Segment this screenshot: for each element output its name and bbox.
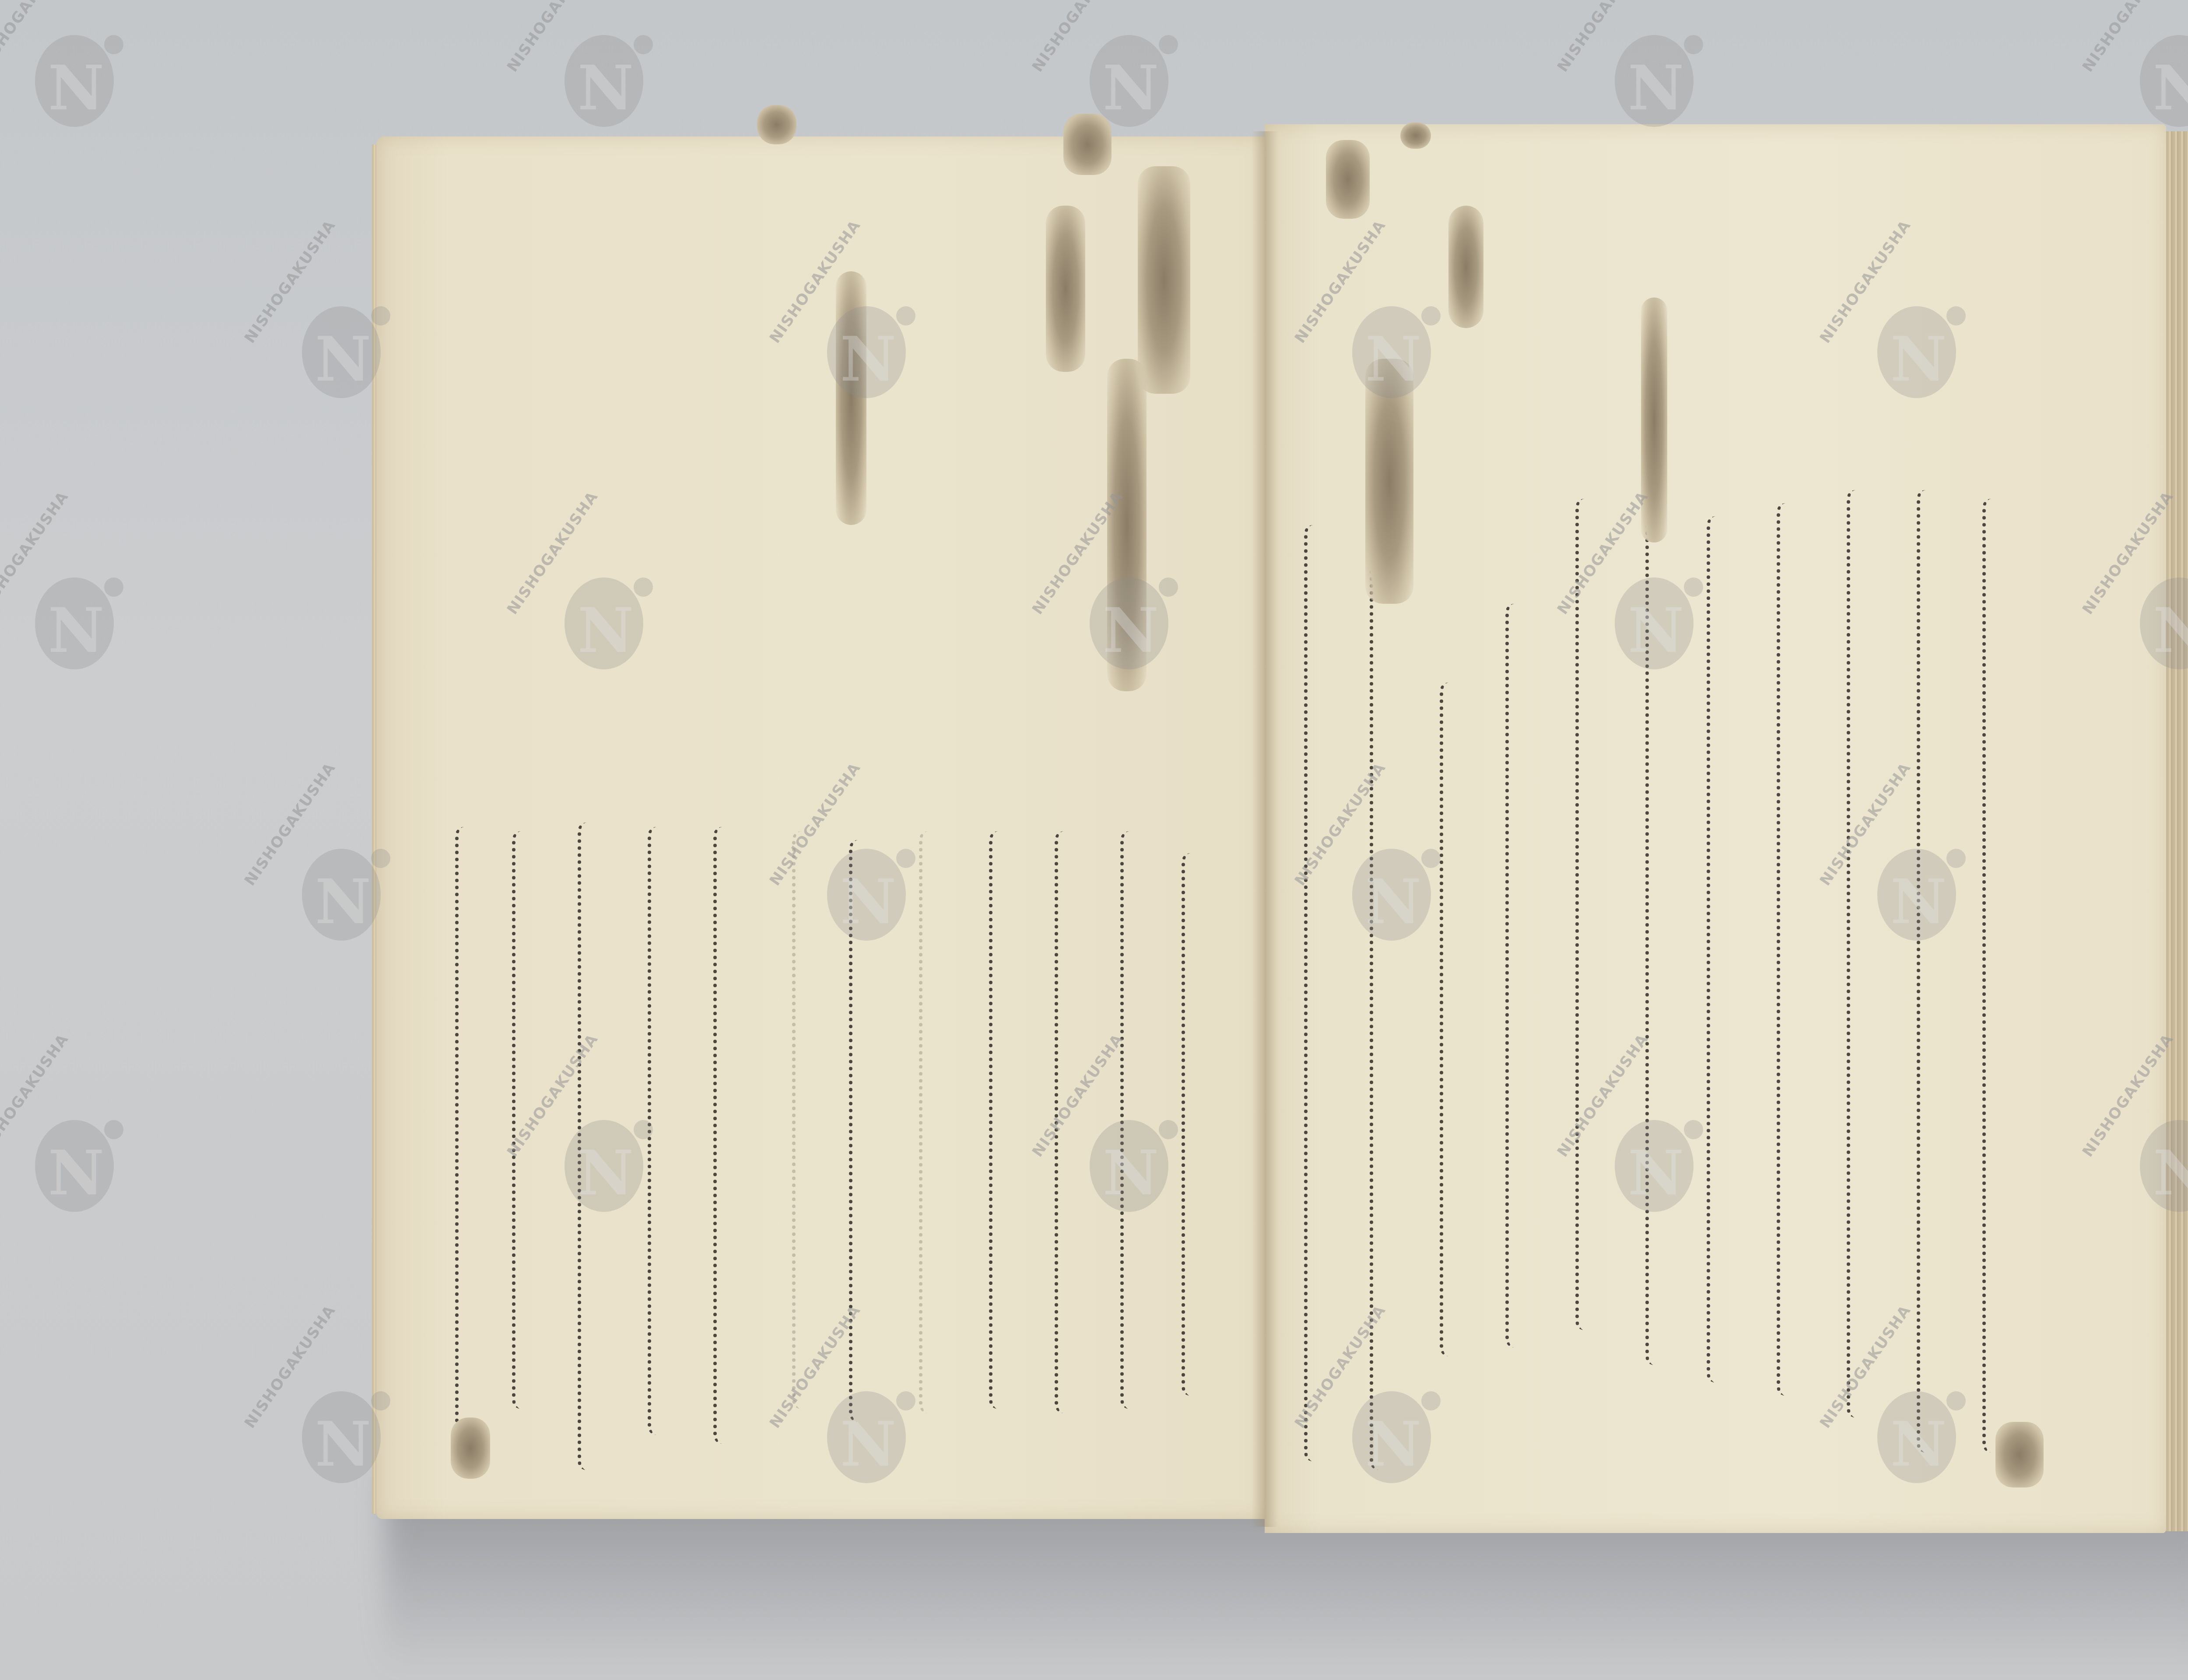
watermark-logo: N NISHOGAKUSHA (2122, 560, 2188, 674)
watermark-logo: N NISHOGAKUSHA (1597, 17, 1702, 131)
watermark-dot-icon (104, 1120, 123, 1139)
watermark-logo: N NISHOGAKUSHA (1072, 1102, 1177, 1216)
watermark-n-glyph: N (578, 52, 634, 124)
handwritten-text-column (1707, 516, 1736, 1382)
watermark-dot-icon (634, 35, 653, 54)
watermark-n-glyph: N (48, 52, 104, 124)
watermark-n-glyph: N (840, 324, 896, 395)
watermark-n-glyph: N (840, 1409, 896, 1480)
watermark-logo: N NISHOGAKUSHA (1335, 831, 1440, 945)
watermark-dot-icon (896, 1391, 915, 1410)
wormhole (1400, 122, 1431, 149)
watermark-logo: N NISHOGAKUSHA (1335, 289, 1440, 402)
watermark-n-glyph: N (1628, 52, 1684, 124)
watermark-dot-icon (371, 849, 390, 868)
watermark-logo: N NISHOGAKUSHA (1072, 560, 1177, 674)
handwritten-text-column (1777, 503, 1806, 1396)
watermark-n-glyph: N (2153, 1137, 2188, 1209)
right-page-stack-edge (2166, 131, 2188, 1531)
handwritten-text-column (455, 827, 485, 1431)
handwritten-text-column (989, 831, 1019, 1409)
watermark-n-glyph: N (578, 595, 634, 667)
watermark-n-glyph: N (1365, 1409, 1421, 1480)
watermark-dot-icon (104, 577, 123, 597)
watermark-dot-icon (1421, 1391, 1441, 1410)
watermark-logo: N NISHOGAKUSHA (547, 560, 652, 674)
watermark-dot-icon (1946, 849, 1966, 868)
handwritten-text-column (1847, 490, 1876, 1417)
watermark-n-glyph: N (315, 1409, 371, 1480)
handwritten-text-column (1917, 490, 1946, 1452)
watermark-n-glyph: N (315, 324, 371, 395)
handwritten-text-column (919, 831, 949, 1413)
watermark-n-glyph: N (1890, 324, 1946, 395)
watermark-n-glyph: N (1365, 324, 1421, 395)
watermark-n-glyph: N (578, 1137, 634, 1209)
watermark-dot-icon (1159, 1120, 1178, 1139)
watermark-logo: N NISHOGAKUSHA (1072, 17, 1177, 131)
watermark-logo: N NISHOGAKUSHA (18, 1102, 123, 1216)
wormhole (1326, 140, 1370, 219)
watermark-dot-icon (896, 849, 915, 868)
handwritten-text-column (1304, 525, 1334, 1461)
watermark-logo: N NISHOGAKUSHA (810, 831, 915, 945)
watermark-dot-icon (1421, 306, 1441, 325)
handwritten-text-column (713, 827, 743, 1444)
watermark-dot-icon (634, 1120, 653, 1139)
watermark-logo: N NISHOGAKUSHA (284, 289, 389, 402)
watermark-dot-icon (1684, 35, 1703, 54)
watermark-logo: N NISHOGAKUSHA (2122, 1102, 2188, 1216)
watermark-dot-icon (1159, 577, 1178, 597)
wormhole (1448, 206, 1483, 328)
book-gutter (1252, 131, 1278, 1527)
watermark-logo: N NISHOGAKUSHA (1860, 1374, 1965, 1487)
watermark-logo: N NISHOGAKUSHA (547, 1102, 652, 1216)
watermark-logo: N NISHOGAKUSHA (1860, 831, 1965, 945)
watermark-dot-icon (634, 577, 653, 597)
watermark-dot-icon (896, 306, 915, 325)
watermark-logo: N NISHOGAKUSHA (18, 17, 123, 131)
watermark-logo: N NISHOGAKUSHA (284, 1374, 389, 1487)
watermark-n-glyph: N (1628, 595, 1684, 667)
wormhole (757, 105, 796, 144)
watermark-n-glyph: N (1103, 595, 1159, 667)
wormhole (1995, 1422, 2044, 1487)
watermark-dot-icon (371, 306, 390, 325)
watermark-n-glyph: N (2153, 52, 2188, 124)
handwritten-text-column (1982, 499, 2012, 1452)
watermark-logo: N NISHOGAKUSHA (284, 831, 389, 945)
watermark-dot-icon (104, 35, 123, 54)
watermark-dot-icon (1421, 849, 1441, 868)
handwritten-text-column (1182, 853, 1211, 1396)
watermark-dot-icon (1946, 306, 1966, 325)
watermark-dot-icon (1684, 577, 1703, 597)
watermark-n-glyph: N (840, 866, 896, 938)
watermark-logo: N NISHOGAKUSHA (810, 289, 915, 402)
watermark-logo: N NISHOGAKUSHA (810, 1374, 915, 1487)
watermark-n-glyph: N (48, 595, 104, 667)
watermark-n-glyph: N (2153, 595, 2188, 667)
watermark-n-glyph: N (48, 1137, 104, 1209)
wormhole (1138, 166, 1190, 394)
watermark-logo: N NISHOGAKUSHA (547, 17, 652, 131)
watermark-n-glyph: N (315, 866, 371, 938)
watermark-n-glyph: N (1103, 1137, 1159, 1209)
watermark-n-glyph: N (1103, 52, 1159, 124)
watermark-n-glyph: N (1365, 866, 1421, 938)
wormhole (1046, 206, 1085, 372)
watermark-dot-icon (371, 1391, 390, 1410)
watermark-dot-icon (1684, 1120, 1703, 1139)
watermark-logo: N NISHOGAKUSHA (1597, 1102, 1702, 1216)
watermark-n-glyph: N (1890, 1409, 1946, 1480)
watermark-logo: N NISHOGAKUSHA (18, 560, 123, 674)
watermark-logo: N NISHOGAKUSHA (1860, 289, 1965, 402)
handwritten-text-column (1505, 604, 1535, 1347)
watermark-n-glyph: N (1890, 866, 1946, 938)
watermark-logo: N NISHOGAKUSHA (1335, 1374, 1440, 1487)
watermark-logo: N NISHOGAKUSHA (1597, 560, 1702, 674)
watermark-logo: N NISHOGAKUSHA (2122, 17, 2188, 131)
handwritten-text-column (1440, 682, 1469, 1356)
watermark-dot-icon (1159, 35, 1178, 54)
wormhole (451, 1417, 490, 1479)
watermark-dot-icon (1946, 1391, 1966, 1410)
watermark-n-glyph: N (1628, 1137, 1684, 1209)
